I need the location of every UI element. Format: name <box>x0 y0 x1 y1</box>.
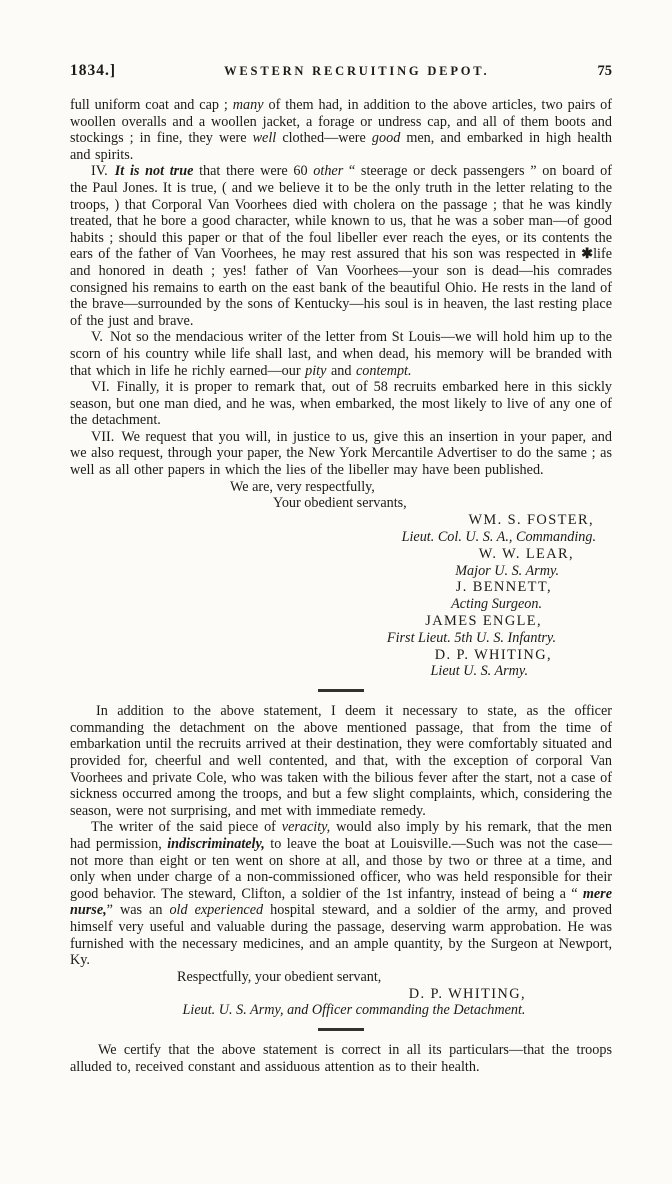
paragraph-addition-statement: In addition to the above statement, I de… <box>70 703 612 819</box>
document-page: 1834.] WESTERN RECRUITING DEPOT. 75 full… <box>0 0 672 1184</box>
signature-whiting-name: D. P. WHITING, <box>70 647 552 664</box>
paragraph-point-vii: VII. We request that you will, in justic… <box>70 429 612 479</box>
signature-bennett-name: J. BENNETT, <box>70 579 552 596</box>
closing-obedient-servants: Your obedient servants, <box>273 495 612 512</box>
signature-engle-title: First Lieut. 5th U. S. Infantry. <box>70 630 556 647</box>
signature-lear-name: W. W. LEAR, <box>70 546 574 563</box>
signature-whiting-title: Lieut U. S. Army. <box>70 663 528 680</box>
section-divider-2 <box>318 1028 364 1031</box>
section-divider <box>318 689 364 692</box>
paragraph-point-iv: IV. It is not true that there were 60 ot… <box>70 163 612 329</box>
signature-foster-title: Lieut. Col. U. S. A., Commanding. <box>70 529 596 546</box>
signature-lear-title: Major U. S. Army. <box>70 563 559 580</box>
signature-foster-name: WM. S. FOSTER, <box>70 512 594 529</box>
paragraph-continuation: full uniform coat and cap ; many of them… <box>70 97 612 163</box>
closing-respectfully: We are, very respectfully, <box>230 479 612 496</box>
header-page-number: 75 <box>598 63 613 80</box>
signature-block: WM. S. FOSTER, Lieut. Col. U. S. A., Com… <box>70 512 612 680</box>
paragraph-point-v: V. Not so the mendacious writer of the l… <box>70 329 612 379</box>
paragraph-writer-veracity: The writer of the said piece of veracity… <box>70 819 612 968</box>
signature-whiting-second-title: Lieut. U. S. Army, and Officer commandin… <box>70 1002 612 1019</box>
certification-paragraph: We certify that the above statement is c… <box>70 1042 612 1075</box>
page-header: 1834.] WESTERN RECRUITING DEPOT. 75 <box>70 62 612 80</box>
header-year: 1834.] <box>70 62 116 80</box>
header-title: WESTERN RECRUITING DEPOT. <box>224 64 489 79</box>
signature-whiting-second-name: D. P. WHITING, <box>70 986 526 1003</box>
paragraph-point-vi: VI. Finally, it is proper to remark that… <box>70 379 612 429</box>
closing-respectfully-second: Respectfully, your obedient servant, <box>177 969 612 986</box>
signature-bennett-title: Acting Surgeon. <box>70 596 542 613</box>
signature-engle-name: JAMES ENGLE, <box>70 613 542 630</box>
